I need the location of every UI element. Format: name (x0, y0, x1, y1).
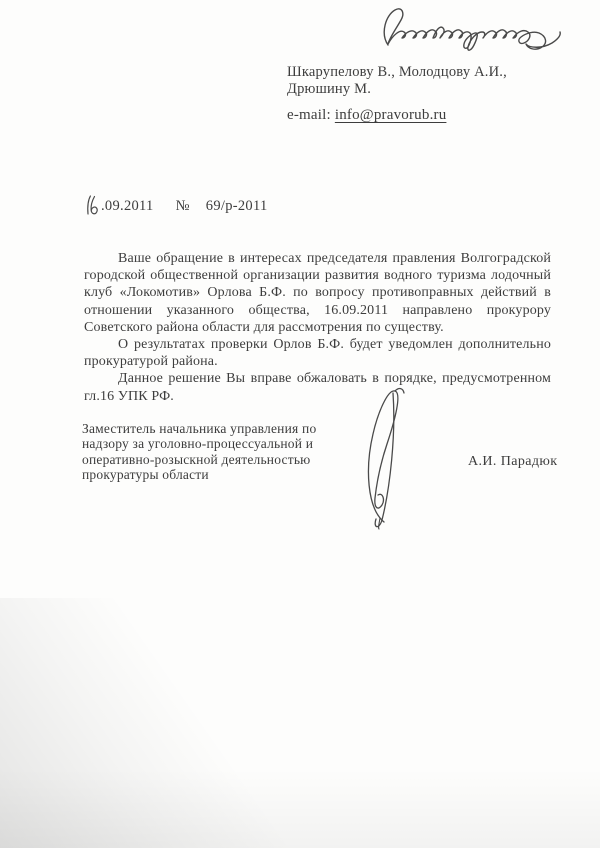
signer-name: А.И. Парадюк (468, 454, 557, 470)
body-line: Ваше обращение в интересах председателя … (84, 250, 551, 267)
body-line: городской общественной организации разви… (84, 267, 551, 284)
printed-date: .09.2011 (101, 198, 154, 215)
number-sign: № (176, 198, 190, 215)
scan-shadow-corner (0, 598, 300, 848)
body-line: Советского района области для рассмотрен… (84, 319, 551, 336)
body-line: прокуратурой района. (84, 353, 551, 370)
body-line: отношении указанного общества, 16.09.201… (84, 302, 551, 319)
addressee-line: Дрюшину М. (287, 81, 547, 98)
body-line: гл.16 УПК РФ. (84, 388, 551, 405)
handwritten-day (84, 194, 101, 217)
reference-line: .09.2011№69/р-2011 (84, 192, 268, 215)
addressee-block: Шкарупелову В., Молодцову А.И., Дрюшину … (287, 64, 547, 124)
addressee-line: Шкарупелову В., Молодцову А.И., (287, 64, 547, 81)
official-signature (352, 380, 432, 530)
body-line: Данное решение Вы вправе обжаловать в по… (84, 370, 551, 387)
letter-body: Ваше обращение в интересах председателя … (84, 250, 551, 405)
scanned-letter-page: Шкарупелову В., Молодцову А.И., Дрюшину … (0, 0, 600, 848)
body-line: О результатах проверки Орлов Б.Ф. будет … (84, 336, 551, 353)
handwritten-annotation (376, 5, 566, 53)
document-number: 69/р-2011 (206, 198, 268, 215)
email-address: info@pravorub.ru (335, 107, 447, 123)
body-line: клуб «Локомотив» Орлова Б.Ф. по вопросу … (84, 284, 551, 301)
email-label: e-mail: (287, 107, 335, 123)
scan-shadow-bottom (0, 768, 600, 848)
email-line: e-mail: info@pravorub.ru (287, 107, 547, 124)
